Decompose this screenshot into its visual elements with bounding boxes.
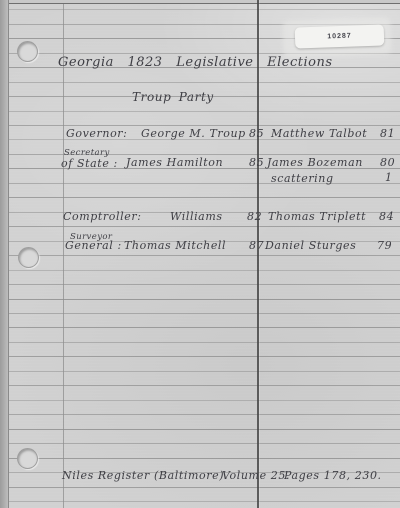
candidate-name: James Hamilton [126,157,223,168]
ruled-line [9,299,400,300]
opponent-name: Daniel Sturges [265,240,356,251]
ruled-line [9,183,400,184]
candidate-name: Williams [170,211,223,222]
ruled-line [9,226,400,227]
ruled-line [9,487,400,488]
ruled-line [9,270,400,271]
party-heading: Troup Party [132,91,214,103]
fold-crease-line [257,0,259,508]
opponent-name: Matthew Talbot [271,128,367,139]
ruled-line [9,501,400,502]
vote-count: 82 [247,211,262,222]
opponent-vote-count: 84 [379,211,394,222]
punch-hole-middle [18,247,39,268]
office-label-comptroller: Comptroller: [63,211,142,222]
office-label-governor: Governor: [66,128,127,139]
vote-count: 85 [249,128,264,139]
source-citation-pages: Pages 178, 230. [284,470,382,481]
margin-line [63,4,64,508]
ruled-line [9,284,400,285]
office-label-secretary-line2: of State : [61,158,118,169]
page-left-edge [0,0,9,508]
ruled-line [9,125,400,126]
ruled-line [9,9,400,10]
ruled-line [9,429,400,430]
page-title: Georgia 1823 Legislative Elections [58,56,333,69]
ruled-line [9,385,400,386]
ruled-line [9,197,400,198]
ruled-line [9,313,400,314]
ruled-line [9,371,400,372]
scan-top-edge [0,0,400,4]
candidate-name: George M. Troup [141,128,246,139]
punch-hole-bottom [17,448,38,469]
ruled-line [9,400,400,401]
candidate-name: Thomas Mitchell [124,240,226,251]
opponent-name: James Bozeman [267,157,363,168]
ruled-line [9,342,400,343]
scattering-note: scattering [271,173,334,184]
opponent-vote-count: 80 [380,157,395,168]
ruled-line [9,443,400,444]
ruled-line [9,111,400,112]
opponent-vote-count: 79 [377,240,392,251]
scanned-notebook-page: 10287 Georgia 1823 Legislative Elections… [0,0,400,508]
catalog-sticker: 10287 [295,24,385,48]
ruled-line [9,458,400,459]
scattering-vote-count: 1 [385,172,393,183]
vote-count: 87 [249,240,264,251]
office-label-surveyor-line2: General : [65,240,122,251]
catalog-number: 10287 [327,33,352,41]
opponent-vote-count: 81 [380,128,395,139]
punch-hole-top [17,41,38,62]
ruled-line [9,327,400,328]
ruled-line [9,356,400,357]
vote-count: 85 [249,157,264,168]
ruled-line [9,414,400,415]
ruled-line [9,82,400,83]
opponent-name: Thomas Triplett [268,211,366,222]
source-citation-volume: Volume 25. [222,470,290,481]
source-citation-publication: Niles Register (Baltimore). [62,470,228,481]
ruled-line [9,255,400,256]
